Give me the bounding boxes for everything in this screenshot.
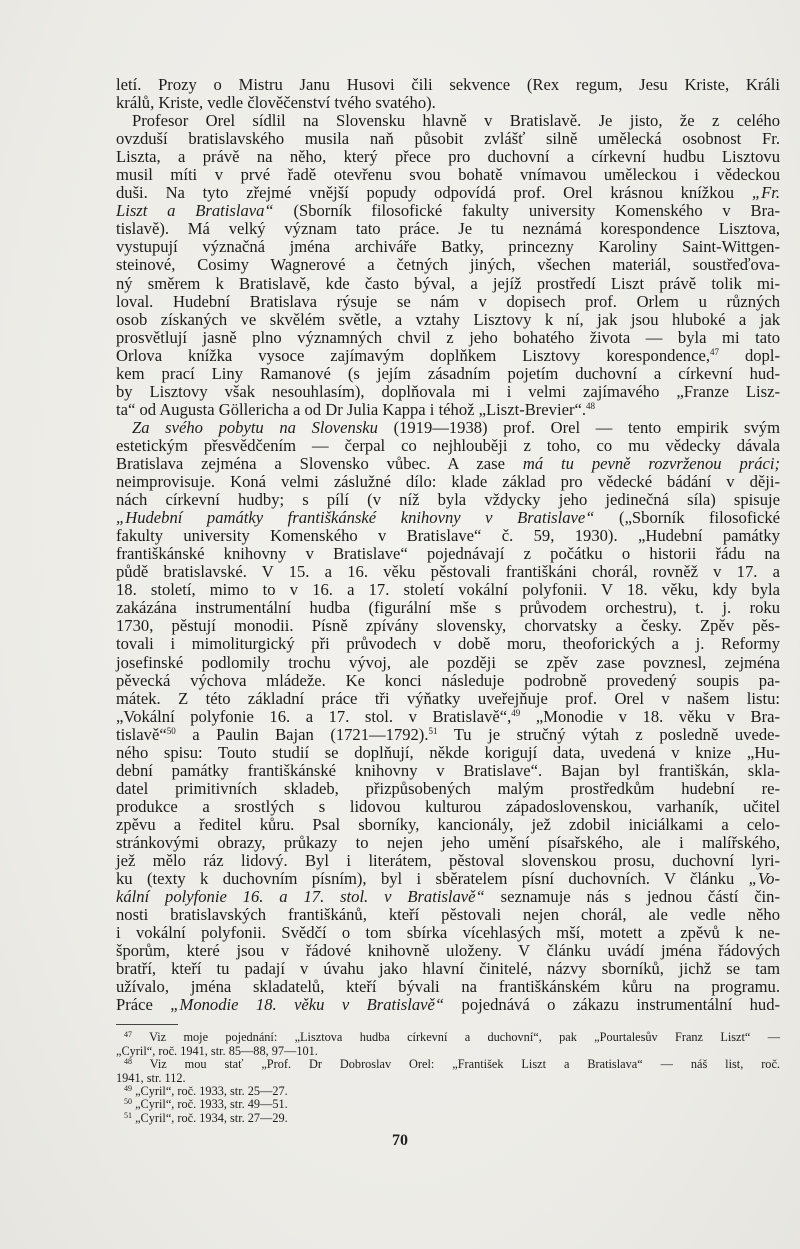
text-line: kem prací Liny Ramanové (s jejím zásadní… [116,365,780,383]
text-line: Orlova knížka vysoce zajímavým doplňkem … [116,347,780,365]
footnote-line: 47 Viz moje pojednání: „Lisztova hudba c… [116,1031,780,1044]
footnote-ref-47[interactable]: 47 [710,347,719,357]
article-title: „Monodie 18. věku v Bratislavě“ [170,995,444,1014]
text-line: pěvecká výchova mládeže. Ke konci násled… [116,672,780,690]
text-run: a Paulin Bajan (1721—1792). [176,725,429,744]
text-line: půdě bratislavské. V 15. a 16. věku pěst… [116,563,780,581]
text-line: Za svého pobytu na Slovensku (1919—1938)… [116,419,780,437]
text-line: ného spisu: Touto studií se doplňují, ně… [116,744,780,762]
text-line: zakázána instrumentální hudba (figurální… [116,599,780,617]
text-line: Bratislava zejména a Slovensko vůbec. A … [116,455,780,473]
text-line: fakulty university Komenského v Bratisla… [116,527,780,545]
text-line: josefinské podlomily trochu vývoj, ale p… [116,654,780,672]
footnote-50: 50 „Cyril“, roč. 1933, str. 49—51. [116,1098,780,1111]
text-line: Liszt a Bratislava“ (Sborník filosofické… [116,202,780,220]
text-line: mátek. Z této základní práce tři výňatky… [116,690,780,708]
book-title: Liszt a Bratislava“ [116,201,274,220]
footnote-number: 51 [124,1111,132,1120]
footnote-line: 51 „Cyril“, roč. 1934, str. 27—29. [116,1112,780,1125]
text-line: prosvětlují jasně plno významných chvil … [116,329,780,347]
italic-phrase: má tu pevně rozvrženou práci; [523,454,780,473]
italic-phrase: Za svého pobytu na Slovensku [132,418,378,437]
footnote-line: 49 „Cyril“, roč. 1933, str. 25—27. [116,1085,780,1098]
paragraph-orel-liszt: Profesor Orel sídlil na Slovensku hlavně… [116,112,780,419]
footnote-line: 48 Viz mou stať „Prof. Dr Dobroslav Orel… [116,1058,780,1071]
text-run: dopl- [719,346,780,365]
text-run: (Sborník filosofické fakulty university … [274,201,780,220]
text-line: jež mělo ráz lidový. Byl i literátem, pě… [116,852,780,870]
text-line: tislavě). Má velký význam tato práce. Je… [116,220,780,238]
footnote-47: 47 Viz moje pojednání: „Lisztova hudba c… [116,1031,780,1058]
text-line: „Vokální polyfonie 16. a 17. stol. v Bra… [116,708,780,726]
text-run: Bratislava zejména a Slovensko vůbec. A … [116,454,523,473]
text-run: seznamuje nás s jednou částí čin- [485,887,780,906]
footnote-ref-50[interactable]: 50 [167,726,176,736]
text-line: letí. Prozy o Mistru Janu Husovi čili se… [116,76,780,94]
text-line: Liszta, a právě na něho, který přece pro… [116,148,780,166]
text-line: Práce „Monodie 18. věku v Bratislavě“ po… [116,996,780,1014]
text-line: 1730, pěstují monodii. Písně zpívány slo… [116,617,780,635]
text-line: i vokální polyfonii. Svědčí o tom sbírka… [116,924,780,942]
text-line: loval. Hudební Bratislava rýsuje se nám … [116,293,780,311]
text-line: osob získaných ve skvělém světle, a vzta… [116,311,780,329]
text-line: užívalo, jména skladatelů, kteří bývali … [116,978,780,996]
text-line: „Hudební památky františkánské knihovny … [116,509,780,527]
text-run: („Sborník filosofické [595,508,781,527]
scanned-page: letí. Prozy o Mistru Janu Husovi čili se… [0,0,800,1249]
footnote-text: „Cyril“, roč. 1934, str. 27—29. [135,1111,288,1125]
footnote-ref-49[interactable]: 49 [511,708,520,718]
text-line: kální polyfonie 16. a 17. stol. v Bratis… [116,888,780,906]
text-run: Práce [116,995,170,1014]
text-line: ný směrem k Bratislavě, kde často býval,… [116,275,780,293]
text-line: zpěvu a ředitel kůru. Psal sborníky, kan… [116,816,780,834]
body-text: letí. Prozy o Mistru Janu Husovi čili se… [116,76,780,1014]
article-title: „Vo- [749,869,780,888]
text-line: ku (texty k duchovním písním), byl i sbě… [116,870,780,888]
text-line: musil míti v prvé řadě otevřenu svou boh… [116,166,780,184]
text-line: datel primitivních skladeb, přizpůsobený… [116,780,780,798]
text-line: Profesor Orel sídlil na Slovensku hlavně… [116,112,780,130]
text-line: 18. století, mimo to v 16. a 17. století… [116,581,780,599]
text-run: „Vokální polyfonie 16. a 17. stol. v Bra… [116,707,511,726]
text-line: františkánské knihovny v Bratislave“ poj… [116,545,780,563]
article-title: kální polyfonie 16. a 17. stol. v Bratis… [116,887,485,906]
text-line: králů, Kriste, vedle člověčenství tvého … [116,94,780,112]
text-line: produkce a srostlých s lidovou kulturou … [116,798,780,816]
text-run: tislavě“ [116,725,167,744]
book-title: „Hudební památky františkánské knihovny … [116,508,595,527]
footnote-48: 48 Viz mou stať „Prof. Dr Dobroslav Orel… [116,1058,780,1085]
text-run: ta“ od Augusta Göllericha a od Dr Julia … [116,400,586,419]
paragraph-continuation: letí. Prozy o Mistru Janu Husovi čili se… [116,76,780,112]
text-line: nách církevní hudby; s pílí (v níž byla … [116,491,780,509]
text-line: estetickým přesvědčením — čerpal co nejh… [116,437,780,455]
text-line: tovali i mimoliturgický při průvodech v … [116,635,780,653]
footnote-ref-48[interactable]: 48 [586,401,595,411]
text-line: ovzduší bratislavského musila naň působi… [116,130,780,148]
text-run: pojednává o zákazu instrumentální hud- [444,995,780,1014]
footnote-text: „Cyril“, roč. 1933, str. 49—51. [135,1097,288,1111]
page-number: 70 [0,1132,800,1150]
text-run: ku (texty k duchovním písním), byl i sbě… [116,869,749,888]
footnote-line: 1941, str. 112. [116,1072,780,1085]
text-run: duši. Na tyto zřejmé vnější popudy odpov… [116,183,752,202]
footnote-text: Viz moje pojednání: „Lisztova hudba círk… [149,1030,780,1044]
text-run: „Monodie v 18. věku v Bra- [520,707,780,726]
footnotes: 47 Viz moje pojednání: „Lisztova hudba c… [116,1031,780,1125]
footnote-text: „Cyril“, roč. 1933, str. 25—27. [135,1084,288,1098]
text-line: by Lisztovy však nesouhlasím), doplňoval… [116,383,780,401]
text-line: stránkovými obrazy, průkazy to nejen jeh… [116,834,780,852]
footnote-number: 50 [124,1097,132,1106]
text-line: vystupují význačná jména archiváře Batky… [116,238,780,256]
footnote-text: Viz mou stať „Prof. Dr Dobroslav Orel: „… [150,1057,780,1071]
footnote-number: 49 [124,1084,132,1093]
book-title: „Fr. [752,183,780,202]
text-line: duši. Na tyto zřejmé vnější popudy odpov… [116,184,780,202]
text-line: nosti bratislavských františkánů, kteří … [116,906,780,924]
paragraph-slovakia-stay: Za svého pobytu na Slovensku (1919—1938)… [116,419,780,1015]
text-line: steinové, Cosimy Wagnerové a četných jin… [116,256,780,274]
text-line: tislavě“50 a Paulin Bajan (1721—1792).51… [116,726,780,744]
footnote-49: 49 „Cyril“, roč. 1933, str. 25—27. [116,1085,780,1098]
text-run: Orlova knížka vysoce zajímavým doplňkem … [116,346,710,365]
footnote-number: 48 [124,1057,132,1066]
footnote-number: 47 [124,1030,132,1039]
text-run: (1919—1938) prof. Orel — tento empirik s… [378,418,780,437]
text-line: neimprovisuje. Koná velmi záslužné dílo:… [116,473,780,491]
footnote-line: 50 „Cyril“, roč. 1933, str. 49—51. [116,1098,780,1111]
footnote-line: „Cyril“, roč. 1941, str. 85—88, 97—101. [116,1045,780,1058]
footnote-51: 51 „Cyril“, roč. 1934, str. 27—29. [116,1112,780,1125]
text-run: Tu je stručný výtah z posledně uvede- [438,725,781,744]
text-line: dební památky františkánské knihovny v B… [116,762,780,780]
text-column: letí. Prozy o Mistru Janu Husovi čili se… [116,76,780,1125]
text-line: bratří, kteří tu padají v úvahu jako hla… [116,960,780,978]
footnote-ref-51[interactable]: 51 [429,726,438,736]
footnote-divider [116,1024,178,1025]
text-line: ta“ od Augusta Göllericha a od Dr Julia … [116,401,780,419]
text-line: šporům, které jsou v řádové knihovně ulo… [116,942,780,960]
